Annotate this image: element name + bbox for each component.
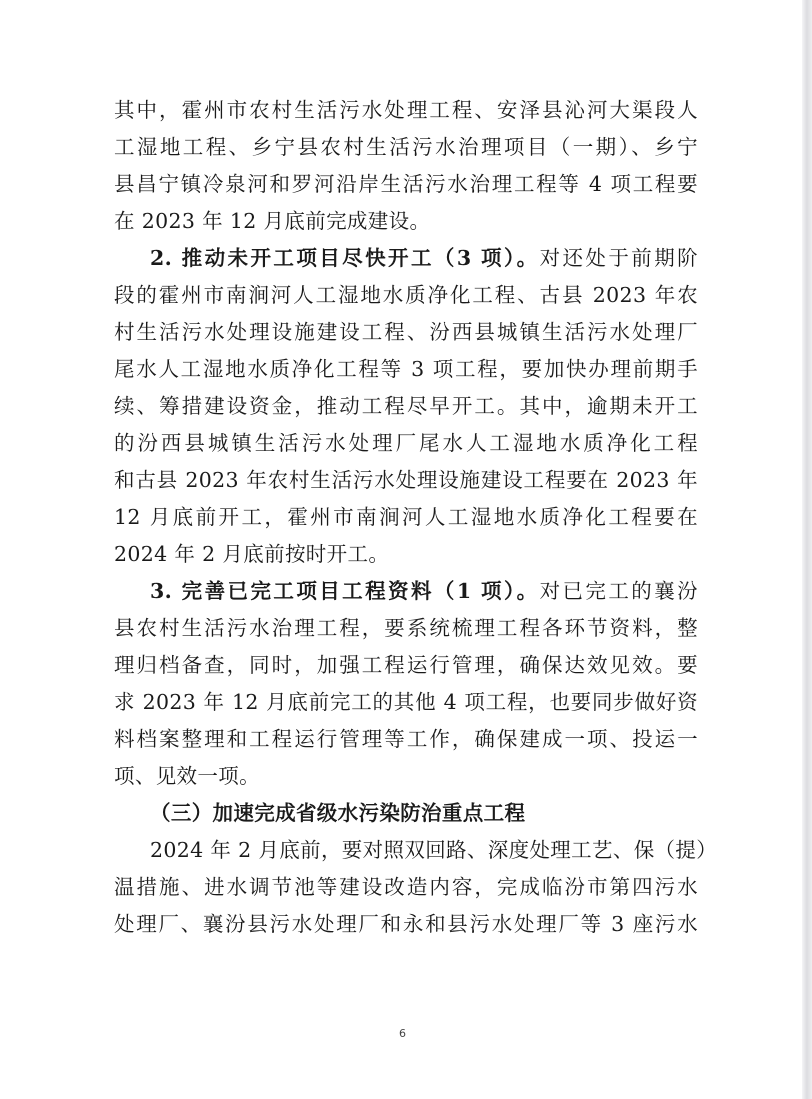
subheading-line-2: 2. 推动未开工项目尽快开工（3 项）。对还处于前期阶 (150, 243, 698, 273)
text-line: 温措施、进水调节池等建设改造内容，完成临汾市第四污水 (114, 872, 698, 902)
text-line: 县农村生活污水治理工程，要系统梳理工程各环节资料，整 (114, 613, 698, 643)
text-line: 尾水人工湿地水质净化工程等 3 项工程，要加快办理前期手 (114, 354, 698, 384)
text-line: 其中，霍州市农村生活污水处理工程、安泽县沁河大渠段人 (114, 95, 698, 125)
section-heading-3: （三）加速完成省级水污染防治重点工程 (150, 798, 525, 828)
text-line: 的汾西县城镇生活污水处理厂尾水人工湿地水质净化工程 (114, 428, 698, 458)
text-line: 段的霍州市南涧河人工湿地水质净化工程、古县 2023 年农 (114, 280, 698, 310)
text-line: 处理厂、襄汾县污水处理厂和永和县污水处理厂等 3 座污水 (114, 909, 698, 939)
text-line: 续、筹措建设资金，推动工程尽早开工。其中，逾期未开工 (114, 391, 698, 421)
text-line: 项、见效一项。 (114, 761, 260, 791)
text-line: 县昌宁镇冷泉河和罗河沿岸生活污水治理工程等 4 项工程要 (114, 169, 698, 199)
subheading-3: 3. 完善已完工项目工程资料（1 项）。 (150, 579, 540, 603)
text-line: 料档案整理和工程运行管理等工作，确保建成一项、投运一 (114, 724, 698, 754)
text-line: 求 2023 年 12 月底前完工的其他 4 项工程，也要同步做好资 (114, 687, 698, 717)
text-line: 在 2023 年 12 月底前完成建设。 (114, 206, 430, 236)
text-line: 工湿地工程、乡宁县农村生活污水治理项目（一期）、乡宁 (114, 132, 698, 162)
text-line: 理归档备查，同时，加强工程运行管理，确保达效见效。要 (114, 650, 698, 680)
text-line: 12 月底前开工，霍州市南涧河人工湿地水质净化工程要在 (114, 502, 698, 532)
text-line: 村生活污水处理设施建设工程、汾西县城镇生活污水处理厂 (114, 317, 698, 347)
scan-edge-shadow (802, 0, 812, 1099)
page-number: 6 (399, 1027, 406, 1040)
text-line: 和古县 2023 年农村生活污水处理设施建设工程要在 2023 年 (114, 465, 698, 495)
text-run: 对还处于前期阶 (540, 246, 698, 270)
text-run: 对已完工的襄汾 (540, 579, 698, 603)
text-line: 2024 年 2 月底前，要对照双回路、深度处理工艺、保（提） (150, 835, 698, 865)
subheading-line-3: 3. 完善已完工项目工程资料（1 项）。对已完工的襄汾 (150, 576, 698, 606)
subheading-2: 2. 推动未开工项目尽快开工（3 项）。 (150, 246, 540, 270)
text-line: 2024 年 2 月底前按时开工。 (114, 539, 389, 569)
